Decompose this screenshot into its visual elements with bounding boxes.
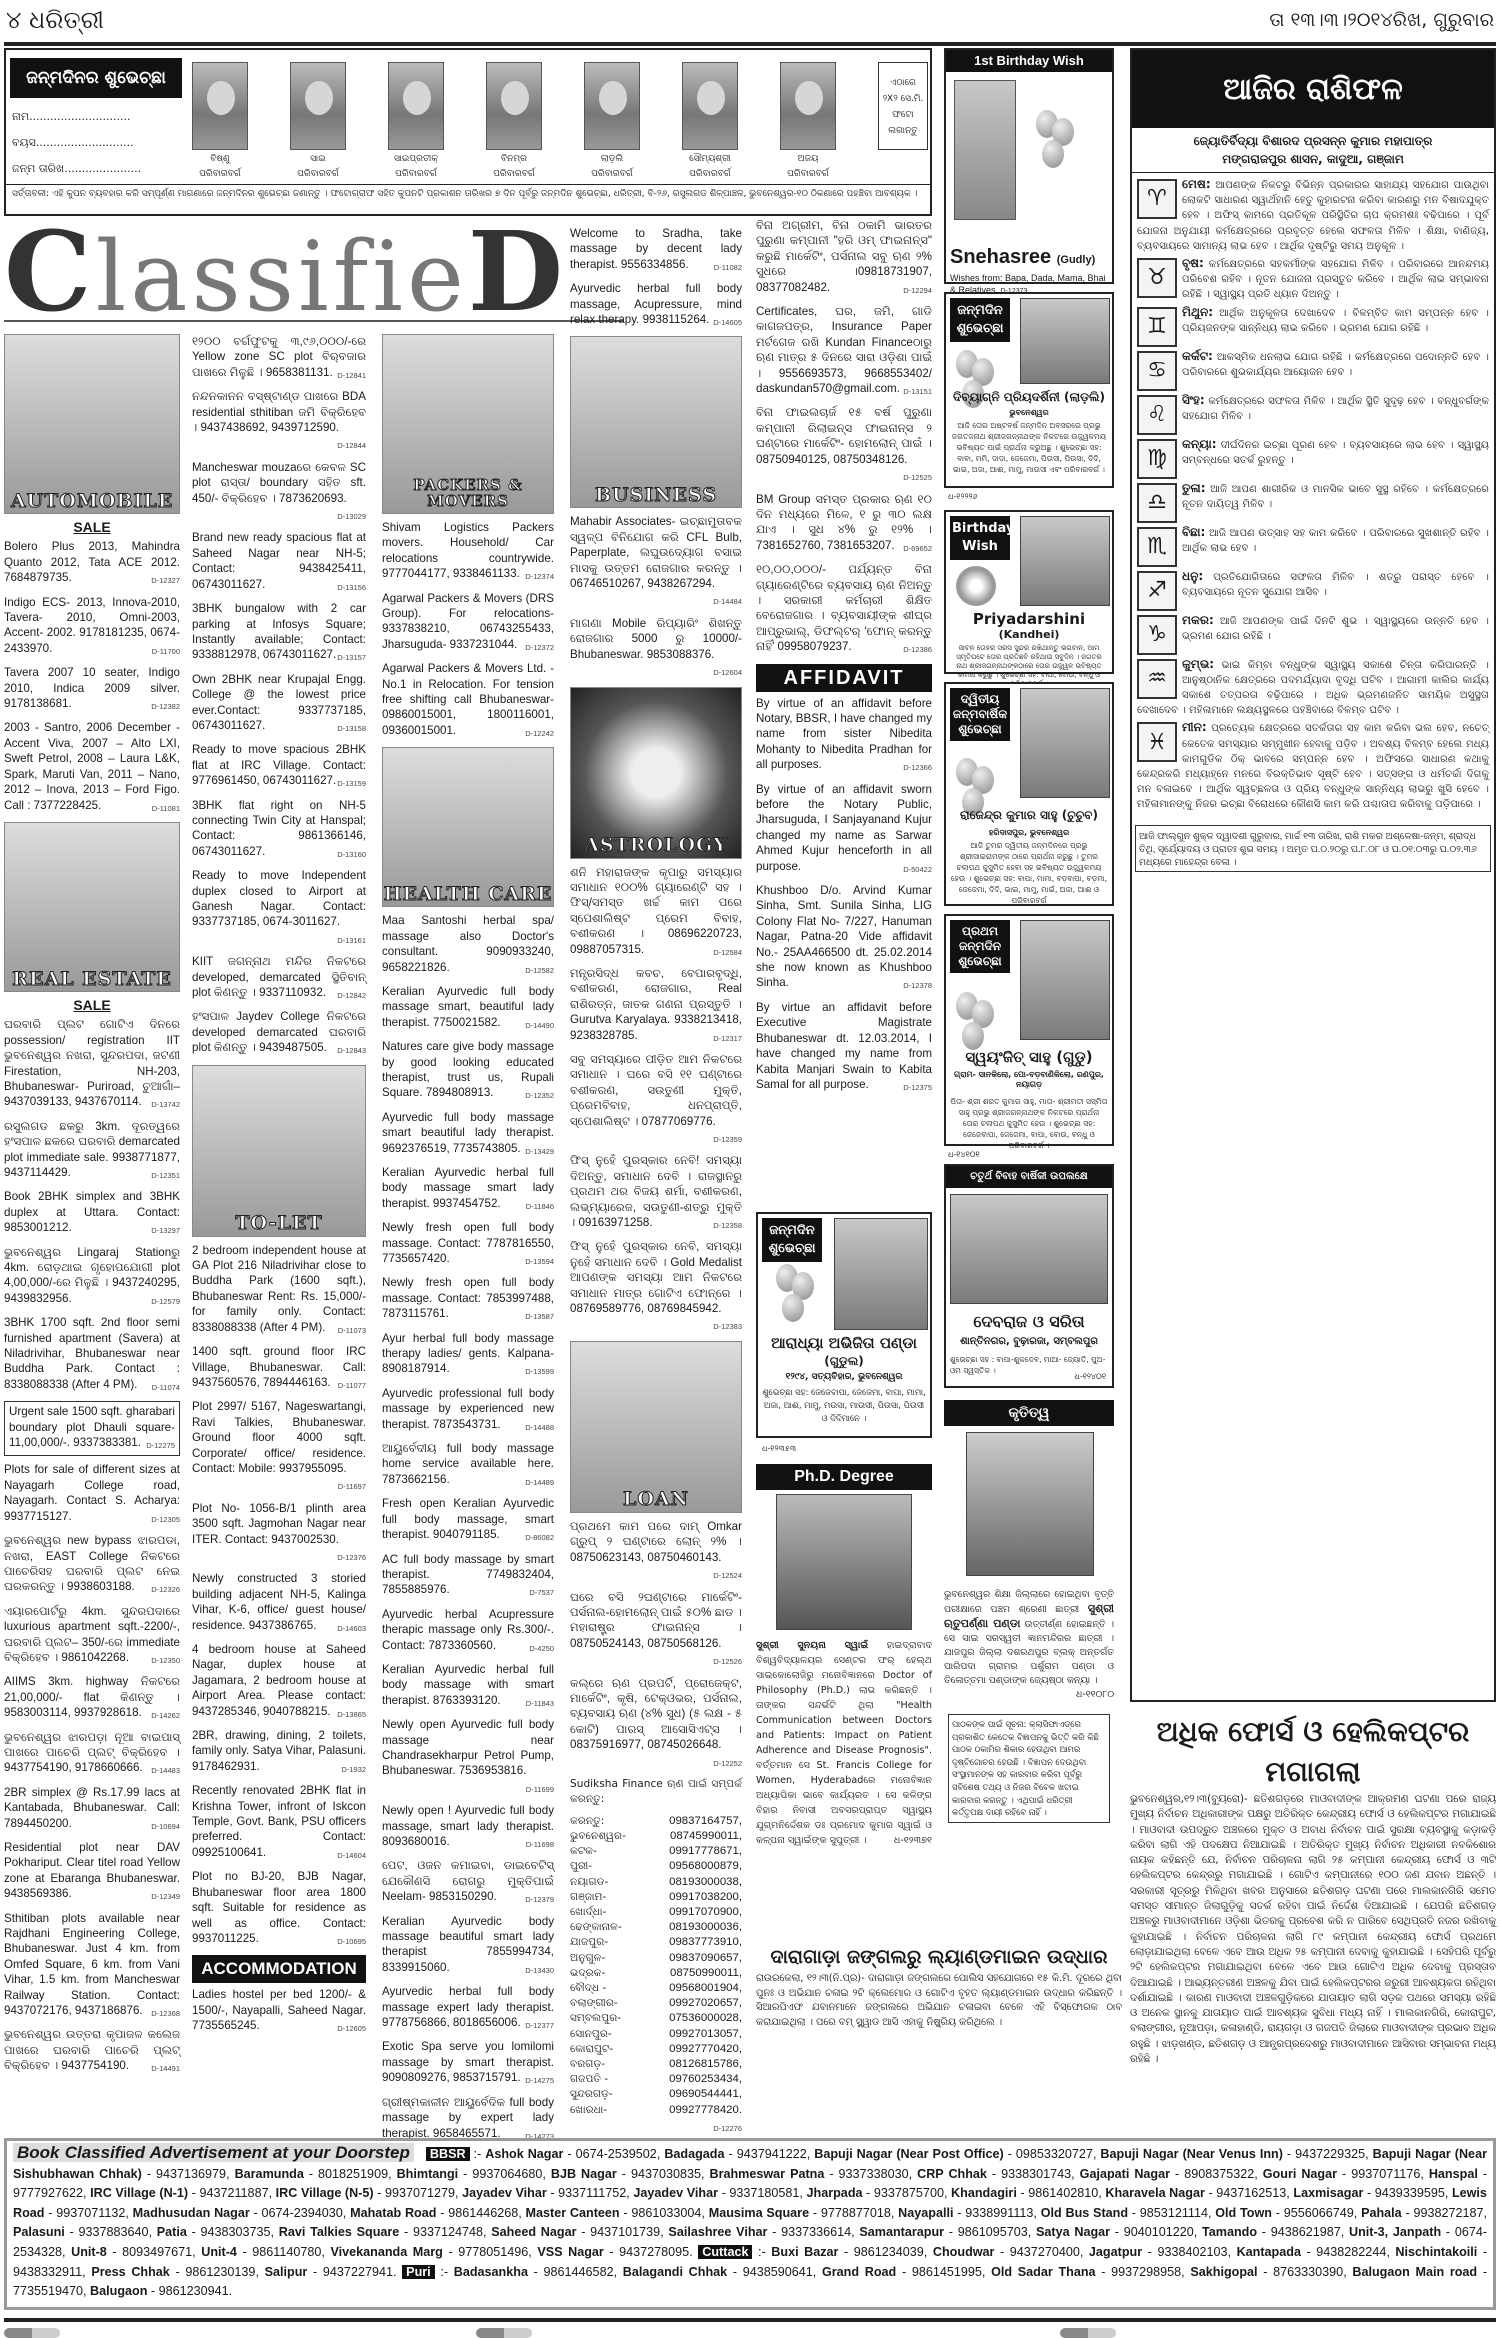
classified-ad: Ready to move Independent duplex closed … [192,868,366,948]
district-contact-row: ପୁରୀ-09568000879, [570,1859,742,1874]
booking-phone: 9437211887 [199,2186,268,2200]
aradhya-birthday-ad: ଜନ୍ମଦିନ ଶୁଭେଚ୍ଛା ଆରାଧ୍ୟା ଅଭିଜିତା ପଣ୍ଡା (… [756,1212,932,1438]
district-contact-row: ଯାଜପୁର-09837773910, [570,1935,742,1950]
ad-code: D-14489 [525,1475,554,1490]
booking-phone: 9437229325 [1295,2147,1365,2161]
booking-location: Unit-4 [201,2245,237,2259]
classified-ad: Exotic Spa serve you lomilomi massage by… [382,2039,554,2088]
child-photo-card: ବିଷ୍ଣୁପରିବାରବର୍ଗ [192,62,248,180]
booking-phone: 9937071132 [56,2206,125,2220]
sign-prediction: କର୍ମକ୍ଷେତ୍ରରେ ସଫଳତା ମିଳିବ । ଆର୍ଥିକ ସ୍ଥିତ… [1182,396,1489,422]
child-name: ସାଇପ୍ରତୀକ୍ [388,153,444,165]
affidavit-heading: AFFIDAVIT [756,664,932,692]
booking-location: Sailashree Vihar [668,2225,767,2239]
booking-phone: 9861451995 [912,2265,982,2279]
booking-phone: 9778051496 [458,2245,528,2259]
classified-ad: Mancheswar mouzaରେ କେବଳ SC plot ରାସ୍ତା/ … [192,460,366,525]
tolet-banner: TO-LET [192,1065,366,1237]
booking-phone: 9337180581 [729,2186,799,2200]
ad-code: D-13297 [151,1223,180,1238]
child-photo [388,62,444,150]
zodiac-icon: ♋ [1137,351,1177,391]
dob-field: ଜନ୍ମ ତାରିଖ...................... [12,162,141,176]
booking-location: Bapuji Nagar (Near Post Office) [814,2147,1004,2161]
ad-code: D-12379 [525,1892,554,1907]
booking-phone: 9338991113 [965,2206,1033,2220]
classified-ad: ଆୟୁର୍ବେଦୀୟ full body massage home servic… [382,1441,554,1490]
photo-box-line: ୨X୨ ସେ.ମି. [879,91,927,107]
coupon-title: ଜନ୍ମଦିନର ଶୁଭେଚ୍ଛା [10,58,182,98]
classified-ad: Plots for sale of different sizes at Nay… [4,1462,180,1527]
booking-phone: 8018251909 [318,2167,388,2181]
classified-ad: Newly fresh open full body massage. Cont… [382,1275,554,1324]
ad-code: D-13430 [525,1963,554,1978]
ad-code: D-13161 [337,933,366,948]
classified-ad: ଘରବାରି ପ୍ଲଟ ଗୋଟିଏ ଦିନରେ possession/ regi… [4,1017,180,1112]
wedding-anniversary-ad: ଚତୁର୍ଥ ବିବାହ ବାର୍ଷିକୀ ଉପଲକ୍ଷେ ଦେବରାଜ ଓ ସ… [944,1164,1114,1388]
horoscope-panel: ଆଜିର ରାଶିଫଳ ଜ୍ୟୋତିର୍ବିଦ୍ୟା ବିଶାରଦ ପ୍ରସନ୍… [1130,48,1496,1702]
ad-code: D-12375 [903,1080,932,1095]
ad-code: D-12349 [151,1889,180,1904]
booking-phone: 9861230139 [185,2265,255,2279]
ad-code: D-12368 [151,2006,180,2021]
classified-ad: ବିନା ଫାଇଲଚାର୍ଜ ୧୫ ବର୍ଷ ପୁରୁଣା କମ୍ପାନୀ ରି… [756,405,932,485]
classified-ad: Ayurvedic herbal full body massage exper… [382,1984,554,2033]
booking-location: Gajapati Nagar [1080,2167,1170,2181]
booking-phone: 9861140780 [252,2245,321,2259]
child-photo-card: ଲାଡ଼ଲିପରିବାରବର୍ଗ [584,62,640,180]
booking-phone: 0674-2394030 [262,2206,343,2220]
ad-code: D-12276 [713,2121,742,2136]
sign-name: ଧନୁ: [1182,569,1203,583]
child-photo [1020,920,1110,1040]
ad-code: D-14604 [337,1848,366,1863]
booking-phone: 9438332911 [13,2265,82,2279]
booking-phone: 9556066749 [1284,2206,1354,2220]
zodiac-icon: ♌ [1137,395,1177,435]
sign-entry: ♓ମୀନ: ପ୍ରତ୍ୟେକ କ୍ଷେତ୍ରରେ ସତର୍କତାର ସହ କାମ… [1137,720,1489,812]
classified-ad: Agarwal Packers & Movers Ltd. - No.1 in … [382,661,554,741]
booking-phone: 9438590641 [743,2265,813,2279]
classified-ad: Bolero Plus 2013, Mahindra Quanto 2012, … [4,539,180,588]
ad-code: D-11082 [714,260,742,275]
booking-phone: 9937071176 [1351,2167,1420,2181]
child-photo-card: ସାଇପରିବାରବର୍ଗ [290,62,346,180]
ad-code: D-12841 [337,368,366,383]
ad-code: D-4250 [529,1641,554,1656]
child-name: ସାଇ [290,153,346,165]
booking-phone: 9338402103 [1157,2245,1227,2259]
ad-code: D-14605 [713,315,742,330]
classified-ad: Ayurvedic full body massage smart beauti… [382,1110,554,1159]
booking-location: Old Town [1215,2206,1272,2220]
child-family: ପରିବାରବର୍ଗ [780,168,836,180]
reader-notice: ପାଠକଙ୍କ ପାଇଁ ସୂଚନା: କ୍ଲାସିଫାଏଡ୍‌ରେ ପ୍ରକା… [948,1714,1110,1823]
booking-location: Khandagiri [951,2186,1017,2200]
ad-code: D-69652 [903,541,932,556]
classified-ad: By virtue of an affidavit sworn before t… [756,782,932,877]
classified-ad: Ayur herbal full body massage therapy la… [382,1331,554,1380]
booking-location: Old Bus Stand [1041,2206,1128,2220]
booking-location: Jharpada [807,2186,863,2200]
classified-ad: Fresh open Keralian Ayurvedic full body … [382,1496,554,1545]
classified-ad: ଏୟାରପୋର୍ଟରୁ 4km. ସୁନ୍ଦରପଦାରେ luxurious a… [4,1604,180,1669]
district-contact-row: ଗଜପତି -09760253434, [570,2072,742,2087]
wish-text: ପିତା- ଶ୍ରୀ ଶରତ କୁମାର ସାହୁ, ମାତା- ଶ୍ରୀମତୀ… [950,1096,1108,1151]
classified-ad: Sthitiban plots available near Rajdhani … [4,1911,180,2022]
booking-location: Buxi Bazar [771,2245,838,2259]
classified-ad: ଫିସ୍ ନୁହେଁ ପୁରସ୍କାର ନେବି! ସମସ୍ୟା ଦିଅନ୍ତୁ… [570,1153,742,1233]
booking-phone: 9337336614 [781,2225,851,2239]
ad-code: D-11698 [526,1837,554,1852]
classified-ad: Ayurvedic herbal Acupressure therapic ma… [382,1607,554,1656]
news-body: ଭୁବନେଶ୍ୱର,୧୨।୩(ବ୍ୟୁରୋ)- ଛତିଶଗଡ଼ରେ ମାଓବାଦ… [1130,1792,1496,2067]
sale-heading: SALE [4,998,180,1013]
child-family: ପରିବାରବର୍ଗ [192,168,248,180]
ad-code: D-11699 [526,1782,554,1797]
booking-location: Mahatab Road [350,2206,436,2220]
photo-box-line: ଲଗାନ୍ତୁ [879,123,927,139]
ad-code: D-12317 [713,1031,742,1046]
health-care-banner: HEALTH CARE [382,747,554,907]
sign-name: ମୀନ: [1182,720,1207,734]
sudiksha-intro: Sudiksha Finance ଋଣ ପାଇଁ ସମ୍ପର୍କ କରନ୍ତୁ: [570,1777,742,1808]
ad-label: ଜନ୍ମଦିନ ଶୁଭେଚ୍ଛା [950,298,1010,342]
ad-code: D-12584 [713,945,742,960]
booking-phone: 9861095703 [958,2225,1028,2239]
place: ହରିଦାସପୁର, ଭୁବନେଶ୍ୱର [946,828,1112,838]
district-contact-row: ଖୋର୍ଦ୍ଧା-09917070900, [570,1905,742,1920]
booking-location: Satya Nagar [1036,2225,1110,2239]
ad-code: D-13158 [337,721,366,736]
ad-code: D-11846 [526,1199,554,1214]
priyadarshini-birthday-ad: Birthday Wish Priyadarshini (Kandhei) ଜୀ… [944,510,1114,674]
couple-names: ଦେବରାଜ ଓ ସରିତା [946,1312,1112,1332]
ad-label: ଦ୍ୱିତୀୟ ଜନ୍ମବାର୍ଷିକ ଶୁଭେଚ୍ଛା [950,688,1010,741]
ad-code: D-12526 [713,1654,742,1669]
booking-location: Tamando [1202,2225,1257,2239]
classified-ad: Ayurvedic herbal full body massage, Acup… [570,281,742,330]
ad-code: D-7537 [529,1585,554,1600]
booking-phone: 9439339595 [1375,2186,1445,2200]
booking-phone: 7735519470 [13,2284,83,2298]
booking-phone: 8908375322 [1184,2167,1254,2181]
registration-mark [476,2328,532,2338]
booking-location: Kharavela Nagar [1105,2186,1205,2200]
district-contact-row: କରନ୍ତୁ:09837164757, [570,1814,742,1829]
booking-phone: 9937064680 [472,2167,542,2181]
booking-phone: 9938272187 [1413,2206,1483,2220]
ad-code: ଧ-୧୨୪୦୧ [1074,1372,1106,1382]
column-packers-health: PACKERS & MOVERS Shivam Logistics Packer… [382,334,554,2150]
student-photo [966,1432,1094,1576]
booking-phone: 9337883640 [78,2225,148,2239]
ad-label: ଜନ୍ମଦିନ ଶୁଭେଚ୍ଛା [762,1218,822,1262]
classified-ad: Keralian Ayurvedic body massage beautifu… [382,1914,554,1979]
swayamjit-birthday-ad: ପ୍ରଥମ ଜନ୍ମଦିନ ଶୁଭେଚ୍ଛା ସ୍ୱୟଂଜିତ୍ ସାହୁ (ଗ… [944,914,1114,1146]
page-number-masthead: ୪ ଧରିତ୍ରୀ [6,6,104,34]
achievement-heading: କୃତିତ୍ୱ [944,1400,1114,1426]
booking-phone: 0674-2539502 [576,2147,657,2161]
ad-code: D-13156 [337,580,366,595]
classified-ad: Keralian Ayurvedic full body massage sma… [382,984,554,1033]
ad-code: D-12579 [151,1294,180,1309]
booking-location: IRC Village (N-1) [90,2186,188,2200]
sign-name: ମେଷ: [1182,177,1211,191]
booking-location: Balagandi Chhak [623,2265,727,2279]
booking-location: VSS Nagar [537,2245,603,2259]
classified-ad: ଘରେ ବସି ୨ଘଣ୍ଟାରେ ମାର୍କେଟିଂ-ପର୍ସନାଲ-ହୋମଲୋ… [570,1590,742,1670]
sign-entry: ♑ମକର: ଆଜି ଆପଣଙ୍କ ପାଇଁ ଦିନଟି ଶୁଭ । ସ୍ୱାସ୍… [1137,613,1489,655]
classified-ad: 4 bedroom house at Saheed Nagar, duplex … [192,1642,366,1722]
zodiac-icon: ♉ [1137,258,1177,298]
booking-location: Choudwar [933,2245,995,2259]
wish-title: 1st Birthday Wish [946,50,1112,72]
classified-ad: Keralian Ayurvedic herbal full body mass… [382,1165,554,1214]
classified-ad: Plot No- 1056-B/1 plinth area 3500 sqft.… [192,1501,366,1566]
classified-ad: Mahabir Associates- ଇଚ୍ଛାମୁତାବକ ସ୍ୱଳ୍ପ ବ… [570,514,742,609]
classified-ad: Newly constructed 3 storied building adj… [192,1571,366,1636]
booking-location: Baramunda [235,2167,304,2181]
zodiac-icon: ♈ [1137,179,1177,219]
district-contact-row: ସୋନପୁର-09927013057, [570,2027,742,2042]
classified-ad: Shivam Logistics Packers movers. Househo… [382,520,554,585]
ad-code: D-12605 [337,2021,366,2036]
ad-code: D-13151 [903,384,932,399]
ad-code: D-13742 [151,1097,180,1112]
booking-phone: 9437030835 [631,2167,701,2181]
header-rule [4,42,1496,46]
child-photo [290,62,346,150]
child-photo [954,80,1016,220]
ad-code: D-12252 [713,1756,742,1771]
classified-ad: Welcome to Sradha, take massage by decen… [570,226,742,275]
booking-phone: 9437136979 [156,2167,226,2181]
wish-text: ଆଜି ତୁମର ଦ୍ୱିତୀୟ ଜନ୍ମଦିନରେ ପ୍ରଭୁ ଶ୍ରୀସାଇ… [950,840,1108,906]
photo-box-line: ଏଠାରେ [879,75,927,91]
booking-location: Gouri Nagar [1263,2167,1337,2181]
sign-prediction: କର୍ମକ୍ଷେତ୍ରରେ ସହକର୍ମୀଙ୍କ ସହଯୋଗ ମିଳିବ । ପ… [1182,259,1489,300]
booking-phone: 9861446582 [544,2265,614,2279]
registration-mark [1060,2328,1116,2338]
district-contact-row: ସମ୍ବଲପୁର-07536000028, [570,2011,742,2026]
ad-code: D-11077 [338,1378,366,1393]
place: ଭୁବନେଶ୍ୱର [946,408,1112,418]
booking-phone: 9937298958 [1111,2265,1181,2279]
footer-rule [4,2318,1496,2322]
place: ଶାନ୍ତିନଗର, ବୁଢ଼ାରଜା, ସମ୍ବଲପୁର [946,1336,1112,1347]
classified-ad: Tavera 2007 10 seater, Indigo 2010, Indi… [4,665,180,714]
age-field: ବୟସ............................ [12,136,134,150]
rajendra-birthday-ad: ଦ୍ୱିତୀୟ ଜନ୍ମବାର୍ଷିକ ଶୁଭେଚ୍ଛା ରାଜେନ୍ଦ୍ର କ… [944,682,1114,906]
packers-movers-banner: PACKERS & MOVERS [382,334,554,514]
booking-location: Mausima Square [709,2206,809,2220]
district-contact-row: ଭଦ୍ରକ-08750990011, [570,1966,742,1981]
coupon-terms: ସର୍ତ୍ତାବଳୀ: ଏହି କୁପନ ବ୍ୟବହାର କରି ସମ୍ପୂର୍… [6,184,930,214]
ad-code: D-13599 [525,1364,554,1379]
sign-name: କନ୍ୟା: [1182,437,1217,451]
news2-body: ରାଉରକେଲା, ୧୨।୩(ନି.ପ୍ର)- ଦାରାଗାଡ଼ା ଜଙ୍ଗଲର… [756,1972,1122,2030]
child-nick: (ଗୁଡୁଲ) [758,1354,930,1369]
booking-location: Ashok Nagar [485,2147,563,2161]
classified-ad: 1400 sqft. ground floor IRC Village, Bhu… [192,1344,366,1393]
divyagni-birthday-ad: ଜନ୍ମଦିନ ଶୁଭେଚ୍ଛା ଦିବ୍ୟାଗ୍ନି ପ୍ରିୟଦର୍ଶିନୀ… [944,292,1114,488]
booking-phone: 9438282244 [1316,2245,1386,2259]
booking-phone: 9861446268 [448,2206,518,2220]
news-story-2: ଦାରାଗାଡ଼ା ଜଙ୍ଗଲରୁ ଲ୍ୟାଣ୍ଡମାଇନ ଉଦ୍ଧାର ରାଉ… [756,1942,1122,2030]
child-name: ରାଜେନ୍ଦ୍ର କୁମାର ସାହୁ (ଚୁଚୁବ) [946,808,1112,823]
booking-location: Nayapalli [898,2206,953,2220]
ad-code: D-13429 [525,1144,554,1159]
booking-phone: 09853320727 [1016,2147,1093,2161]
ad-code: D-11073 [338,1323,366,1338]
classified-ad: Indigo ECS- 2013, Innova-2010, Tavera- 2… [4,595,180,660]
booking-location: Vivekananda Marg [330,2245,442,2259]
district-contact-row: ବଲାଙ୍ଗୀର-09927020657, [570,1996,742,2011]
booking-location: CRP Chhak [917,2167,987,2181]
booking-phone: 9337124748 [413,2225,483,2239]
ad-code: D-13160 [337,847,366,862]
booking-phone: 9937071279 [385,2186,455,2200]
booking-phone: 9861230941 [159,2284,229,2298]
classified-ad: Book 2BHK simplex and 3BHK duplex at Utt… [4,1189,180,1238]
ad-code: D-11697 [338,1479,366,1494]
child-photo [834,1218,928,1330]
classified-ad: Natures care give body massage by good l… [382,1039,554,1104]
page-header: ୪ ଧରିତ୍ରୀ ତା ୧୩।୩।୨୦୧୪ରିଖ, ଗୁରୁବାର [6,2,1494,38]
booking-heading: Book Classified Advertisement at your Do… [13,2143,414,2162]
booking-phone: 9861033004 [631,2206,701,2220]
sign-entry: ♍କନ୍ୟା: ଦୀର୍ଘଦିନର ଇଚ୍ଛା ପୂରଣ ହେବ । ବ୍ୟବସ… [1137,437,1489,479]
ad-label: Birthday Wish [950,516,1010,560]
ad-code: D-13594 [525,1254,554,1269]
sign-prediction: ଆଜି ଆପଣ ଶାରୀରିକ ଓ ମାନସିକ ଭାବେ ସୁସ୍ଥ ରହିବ… [1182,484,1489,510]
classified-ad: Newly fresh open full body massage. Cont… [382,1220,554,1269]
phd-text: ସୁଶ୍ରୀ ସୁନୟନା ସ୍ୱାଇଁ ହାଇଦ୍ରାବାଦ ବିଶ୍ୱବିଦ… [756,1638,932,1848]
photo-placeholder: ଏଠାରେ ୨X୨ ସେ.ମି. ଫଟୋ ଲଗାନ୍ତୁ [878,62,928,150]
booking-phone: 9337875700 [874,2186,944,2200]
booking-phone: 9777927622 [13,2186,83,2200]
booking-phone: 8093497671 [122,2245,192,2259]
ad-code: D-50422 [903,862,932,877]
ad-code: D-13157 [337,650,366,665]
horoscope-title: ଆଜିର ରାଶିଫଳ [1132,50,1494,128]
sign-entry: ♈ମେଷ: ଆପଣଙ୍କ ନିକଟରୁ ବିଭିନ୍ନ ପ୍ରକାରର ସାହା… [1137,177,1489,254]
ad-code: D-12366 [903,760,932,775]
balloons-icon [1036,110,1076,180]
column-property-tolet: ୧୨୦୦ ବର୍ଗଫୁଟକୁ ୩,୯୬,୦୦୦/-ରେ Yellow zone … [192,334,366,2043]
booking-phone: 9437941222 [737,2147,807,2161]
ad-code: D-14484 [713,594,742,609]
sign-prediction: ଦୀର୍ଘଦିନର ଇଚ୍ଛା ପୂରଣ ହେବ । ବ୍ୟବସାୟରେ ଲାଭ… [1182,440,1489,466]
booking-location: Press Chhak [91,2265,170,2279]
child-photo [192,62,248,150]
district-contact-row: କୋରାପୁଟ-09927770420, [570,2042,742,2057]
classified-ad: 2 bedroom independent house at GA Plot 2… [192,1243,366,1338]
booking-location: Jayadev Vihar [462,2186,547,2200]
child-photo-card: ସୌମ୍ୟଶ୍ରୀପରିବାରବର୍ଗ [682,62,738,180]
person-photo [1020,516,1110,606]
real-estate-banner: REAL ESTATE [4,822,180,992]
child-family: ପରିବାରବର୍ଗ [486,168,542,180]
child-family: ପରିବାରବର୍ଗ [290,168,346,180]
booking-phone: 9437162513 [1216,2186,1286,2200]
booking-location: Jagatpur [1089,2245,1142,2259]
sign-prediction: ଆକସ୍ମିକ ଧନଲାଭ ଯୋଗ ରହିଛି । କର୍ମକ୍ଷେତ୍ରରେ … [1182,352,1489,378]
classified-ad: ୧୦,୦୦,୦୦୦/- ପର୍ଯ୍ୟନ୍ତ ବିନା ଗ୍ୟାରେଣ୍ଟିରେ … [756,562,932,657]
business-banner: BUSINESS [570,336,742,508]
ad-code: D-12350 [151,1653,180,1668]
classified-ad: Own 2BHK near Krupajal Engg. College @ t… [192,672,366,737]
sign-prediction: ଆଜି ଆପଣଙ୍କ ପାଇଁ ଦିନଟି ଶୁଭ । ସ୍ୱାସ୍ଥ୍ୟରେ … [1182,616,1489,642]
booking-location: Balugaon [90,2284,147,2298]
sign-entry: ♋କର୍କଟ: ଆକସ୍ମିକ ଧନଲାଭ ଯୋଗ ରହିଛି । କର୍ମକ୍… [1137,349,1489,391]
district-contact-row: ବରଗଡ଼-08126815786, [570,2057,742,2072]
classified-ad: By virtue of an affidavit before Notary,… [756,696,932,776]
ad-code: D-12843 [337,1043,366,1058]
classified-ad: ମାଗଣା Mobile ରିପ୍ୟାରିଂ ଶିଖନ୍ତୁ ରୋଜଗାର 50… [570,616,742,681]
booking-location: Bhimtangi [397,2167,459,2181]
booking-location: Palasuni [13,2225,65,2239]
district-contact-row: ନୟାଗଡ-08193000038, [570,1875,742,1890]
ad-code: D-12524 [713,1568,742,1583]
child-photo [780,62,836,150]
classified-ad: ରସୁଲଗଡ ଛକରୁ 3km. ଦୂରତ୍ୱରେ ହଂସପାଳ ଛକରେ ଘର… [4,1119,180,1184]
wish-text: ଶୁଭେଚ୍ଛା ସହ: ଜେଜେବାପା, ଜେଜେମା, ବାପା, ମାମ… [762,1386,926,1425]
booking-location: Jayadev Vihar [633,2186,718,2200]
classified-ad: Khushboo D/o. Arvind Kumar Sinha, Smt. S… [756,883,932,994]
district-contact-row: କଟକ-09917778671, [570,1844,742,1859]
automobile-banner: AUTOMOBILE [4,334,180,514]
sale-heading: SALE [4,520,180,535]
photo-box-line: ଫଟୋ [879,107,927,123]
place: ଗ୍ରାମ- ସାନକିଲୋ, ପୋ-ବଡ଼ବାଣିକିଲୋ, ରଣପୁର, ନ… [946,1070,1112,1090]
booking-location: Saheed Nagar [491,2225,576,2239]
classified-ad: ସବୁ ସମସ୍ୟାରେ ପୀଡ଼ିତ ଆମ ନିକଟରେ ସମାଧାନ । ଘ… [570,1052,742,1147]
ad-code: D-12842 [337,988,366,1003]
classified-ad: 3BHK 1700 sqft. 2nd floor semi furnished… [4,1315,180,1395]
ad-code: D-13029 [337,509,366,524]
child-photo [682,62,738,150]
booking-phone: 9338301743 [1001,2167,1071,2181]
ad-code: D-10694 [151,1819,180,1834]
address: ୧୨୯୪, ସତ୍ୟବିହାର, ଭୁବନେଶ୍ୱର [758,1372,930,1382]
booking-location: Salipur [265,2265,308,2279]
ad-code: D-12378 [903,978,932,993]
birthday-coupon: ଜନ୍ମଦିନର ଶୁଭେଚ୍ଛା ନାମ...................… [4,48,932,216]
loan-banner: LOAN [570,1341,742,1513]
ad-code: D-12358 [713,1218,742,1233]
booking-location: Brahmeswar Patna [709,2167,824,2181]
accommodation-heading: ACCOMMODATION [192,1955,366,1983]
news-headline: ଅଧିକ ଫୋର୍ସ ଓ ହେଲିକପ୍ଟର ମଗାଗଲା [1130,1712,1496,1792]
classified-ad: AC full body massage by smart therapist.… [382,1552,554,1601]
classified-ad: Ayurvedic professional full body massage… [382,1386,554,1435]
child-name: ସ୍ୱୟଂଜିତ୍ ସାହୁ (ଗୁଡୁ) [946,1048,1112,1066]
sign-list: ♈ମେଷ: ଆପଣଙ୍କ ନିକଟରୁ ବିଭିନ୍ନ ପ୍ରକାରର ସାହା… [1132,173,1494,819]
booking-location: Bapuji Nagar (Near Venus Inn) [1100,2147,1283,2161]
ad-code: D-12382 [151,699,180,714]
sign-name: ସିଂହ: [1182,393,1205,407]
child-name: ସୌମ୍ୟଶ୍ରୀ [682,153,738,165]
child-photo [1020,298,1110,384]
booking-location: Balugaon Main road [1352,2265,1477,2279]
classified-ad: Plot 2997/ 5167, Nageswartangi, Ravi Tal… [192,1399,366,1494]
booking-location: Badagada [664,2147,724,2161]
district-contact-row: ଅନୁଗୁଳ-09837090657, [570,1951,742,1966]
panjika-note: ଆଜି ଫାଲ୍ଗୁନ ଶୁକ୍ଳ ଦ୍ୱାଦଶୀ ଗୁରୁବାର, ମାର୍ଚ… [1135,825,1491,872]
ad-code: D-12383 [713,1319,742,1334]
